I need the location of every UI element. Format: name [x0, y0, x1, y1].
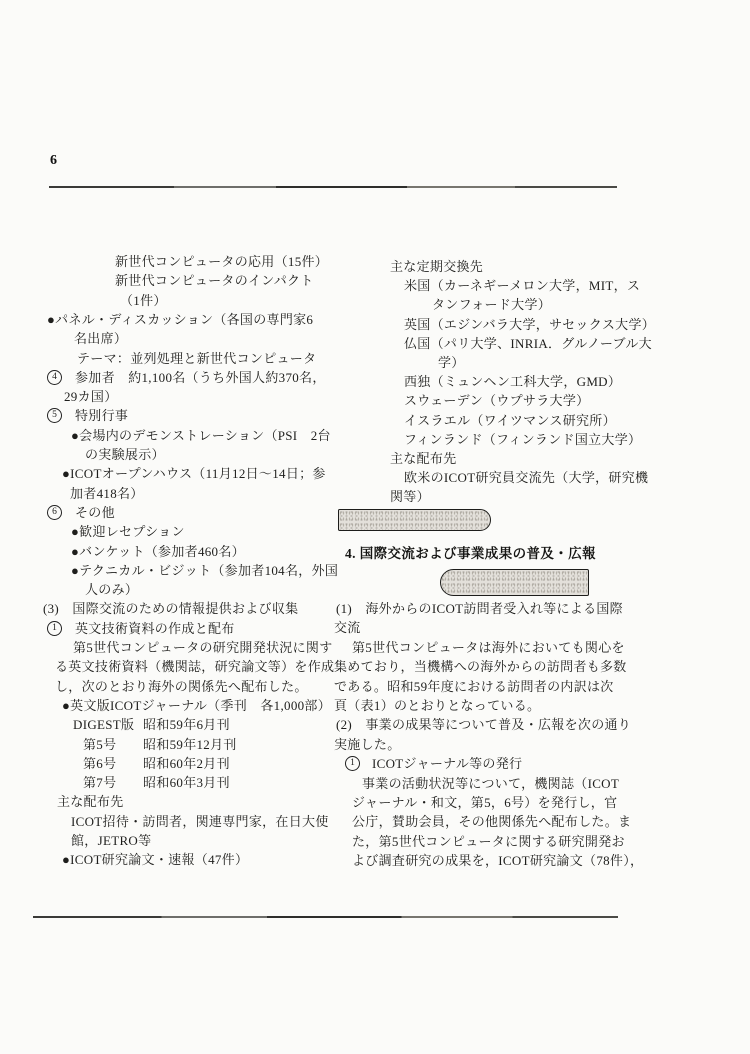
text-line: よび調査研究の成果を，ICOT研究論文（78件）， [352, 852, 643, 869]
text-line: である。昭和59年度における訪問者の内訳は次 [334, 678, 614, 695]
text-line: 第5世代コンピュータは海外においても関心を [352, 639, 625, 656]
text-line: 事業の活動状況等について，機関誌（ICOT [362, 775, 619, 792]
text-line: た，第5世代コンピュータに関する研究開発お [352, 833, 625, 850]
text-line: ジャーナル・和文，第5，6号）を発行し，官 [352, 794, 617, 811]
footer-rule [33, 916, 618, 918]
text-line: 頁（表1）のとおりとなっている。 [334, 697, 540, 714]
text-line: (1) 海外からのICOT訪問者受入れ等による国際 [336, 600, 623, 617]
circled-number: 1 [345, 756, 360, 771]
text-line: 実施した。 [334, 736, 401, 753]
text-line: 公庁，賛助会員，その他関係先へ配布した。ま [352, 813, 631, 830]
text-line: 集めており，当機構への海外からの訪問者も多数 [334, 658, 627, 675]
text-line: ICOTジャーナル等の発行 [372, 755, 522, 772]
right-column-body: (1) 海外からのICOT訪問者受入れ等による国際交流第5世代コンピュータは海外… [0, 0, 750, 1054]
text-line: (2) 事業の成果等について普及・広報を次の通り [336, 716, 631, 733]
text-line: 交流 [334, 619, 361, 636]
scanned-document-page: 6 新世代コンピュータの応用（15件）新世代コンピュータのインパクト（1件）●パ… [0, 0, 750, 1054]
